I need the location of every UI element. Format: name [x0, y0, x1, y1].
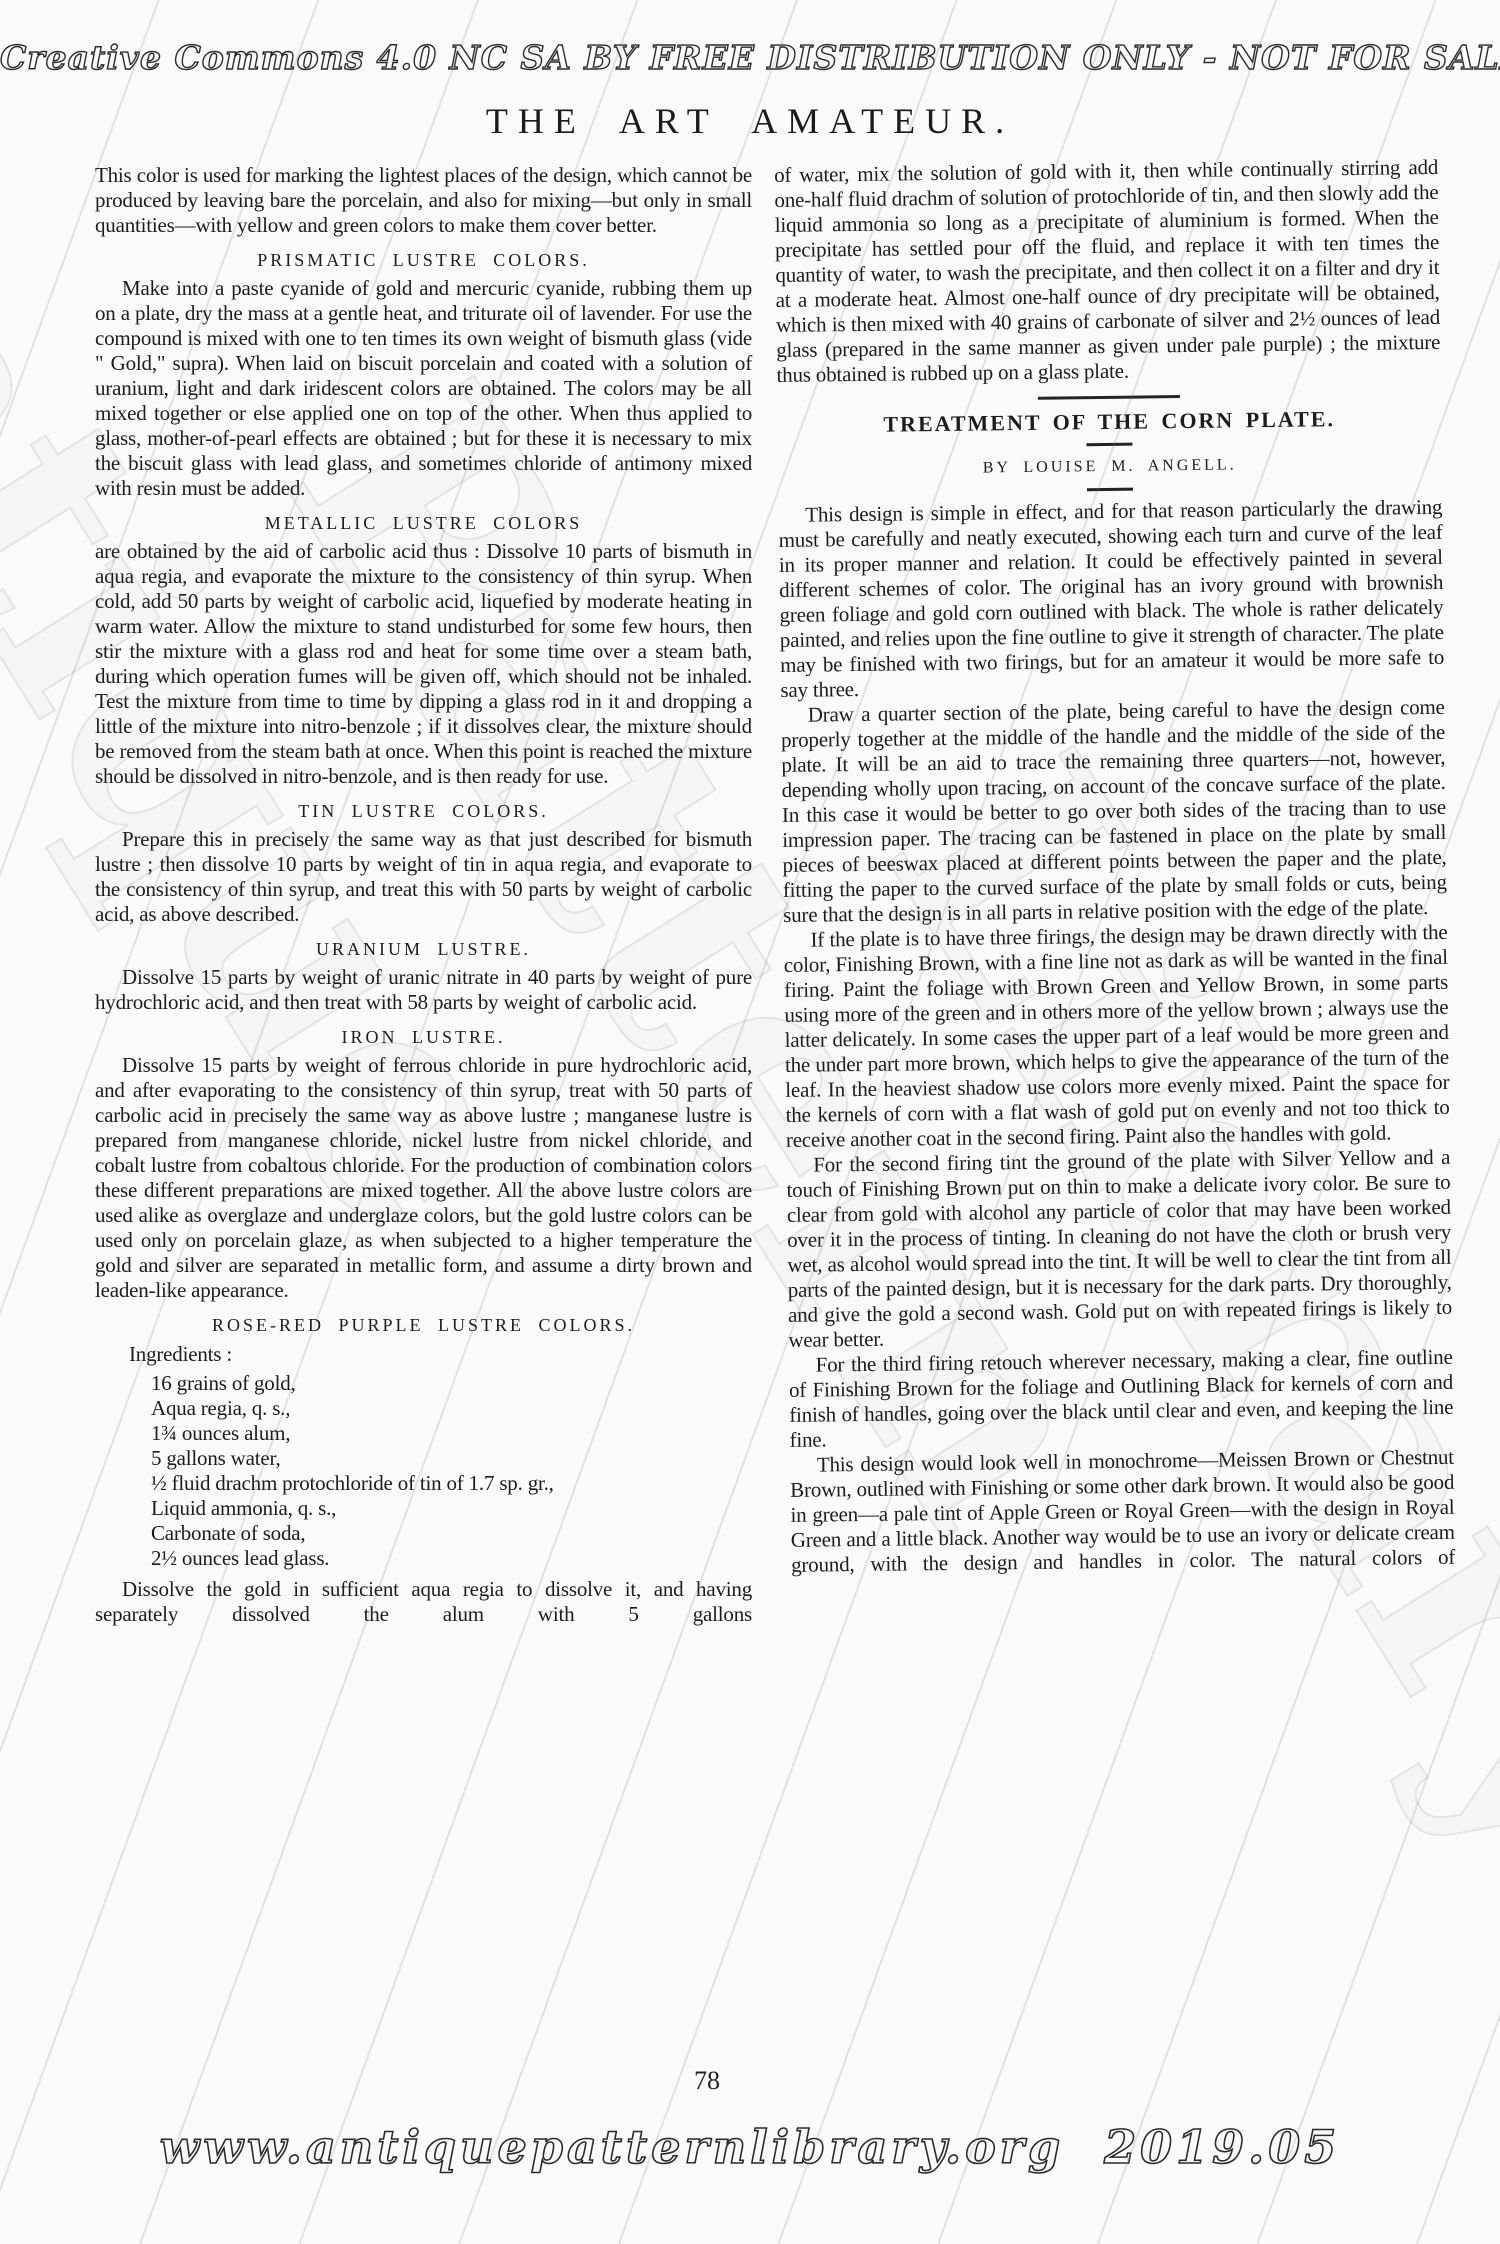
divider-rule — [1086, 443, 1132, 447]
ingredient-item: 5 gallons water, — [151, 1446, 752, 1471]
ingredient-item: Carbonate of soda, — [151, 1521, 752, 1546]
ingredient-item: 1¾ ounces alum, — [151, 1421, 752, 1446]
paragraph-prismatic: Make into a paste cyanide of gold and me… — [95, 276, 752, 501]
footer-watermark: www.antiquepatternlibrary.org 2019.05 — [0, 2120, 1500, 2174]
paragraph-dissolve-gold: Dissolve the gold in sufficient aqua reg… — [95, 1577, 752, 1627]
right-column: of water, mix the solution of gold with … — [774, 155, 1455, 1578]
paragraph-intro: This color is used for marking the light… — [95, 163, 752, 238]
ingredient-item: ½ fluid drachm protochloride of tin of 1… — [151, 1471, 752, 1496]
paragraph-draw-quarter: Draw a quarter section of the plate, bei… — [781, 695, 1448, 928]
paragraph-three-firings: If the plate is to have three firings, t… — [783, 920, 1450, 1153]
page-number: 78 — [694, 2066, 720, 2096]
paragraph-tin: Prepare this in precisely the same way a… — [95, 827, 752, 927]
ingredient-item: Liquid ammonia, q. s., — [151, 1496, 752, 1521]
paragraph-metallic: are obtained by the aid of carbolic acid… — [95, 539, 752, 789]
paragraph-third-firing: For the third firing retouch wherever ne… — [789, 1345, 1454, 1453]
ingredients-list: 16 grains of gold, Aqua regia, q. s., 1¾… — [151, 1371, 752, 1571]
section-heading-prismatic: PRISMATIC LUSTRE COLORS. — [95, 248, 752, 273]
paragraph-monochrome: This design would look well in monochrom… — [790, 1445, 1455, 1578]
ingredient-item: Aqua regia, q. s., — [151, 1396, 752, 1421]
article-header: TREATMENT OF THE CORN PLATE. BY LOUISE M… — [777, 392, 1442, 495]
divider-rule — [1087, 488, 1133, 492]
paragraph-second-firing: For the second firing tint the ground of… — [786, 1145, 1452, 1353]
section-heading-tin: TIN LUSTRE COLORS. — [95, 799, 752, 824]
ingredients-label: Ingredients : — [129, 1342, 752, 1367]
paragraph-uranium: Dissolve 15 parts by weight of uranic ni… — [95, 965, 752, 1015]
header-watermark: Creative Commons 4.0 NC SA BY FREE DISTR… — [0, 38, 1500, 77]
page-title: THE ART AMATEUR. — [0, 100, 1500, 142]
ingredient-item: 2½ ounces lead glass. — [151, 1546, 752, 1571]
paragraph-iron: Dissolve 15 parts by weight of ferrous c… — [95, 1053, 752, 1303]
section-heading-iron: IRON LUSTRE. — [95, 1025, 752, 1050]
left-column: This color is used for marking the light… — [95, 163, 752, 1627]
article-title: TREATMENT OF THE CORN PLATE. — [777, 405, 1441, 438]
paragraph-of-water: of water, mix the solution of gold with … — [774, 155, 1441, 388]
article-byline: BY LOUISE M. ANGELL. — [778, 450, 1442, 483]
divider-rule — [1038, 395, 1180, 400]
section-heading-rose-red: ROSE-RED PURPLE LUSTRE COLORS. — [95, 1313, 752, 1338]
section-heading-uranium: URANIUM LUSTRE. — [95, 937, 752, 962]
ingredient-item: 16 grains of gold, — [151, 1371, 752, 1396]
section-heading-metallic: METALLIC LUSTRE COLORS — [95, 511, 752, 536]
scanned-magazine-page: Antique Pattern Library Creative Commons… — [0, 0, 1500, 2244]
paragraph-this-design: This design is simple in effect, and for… — [778, 495, 1444, 703]
